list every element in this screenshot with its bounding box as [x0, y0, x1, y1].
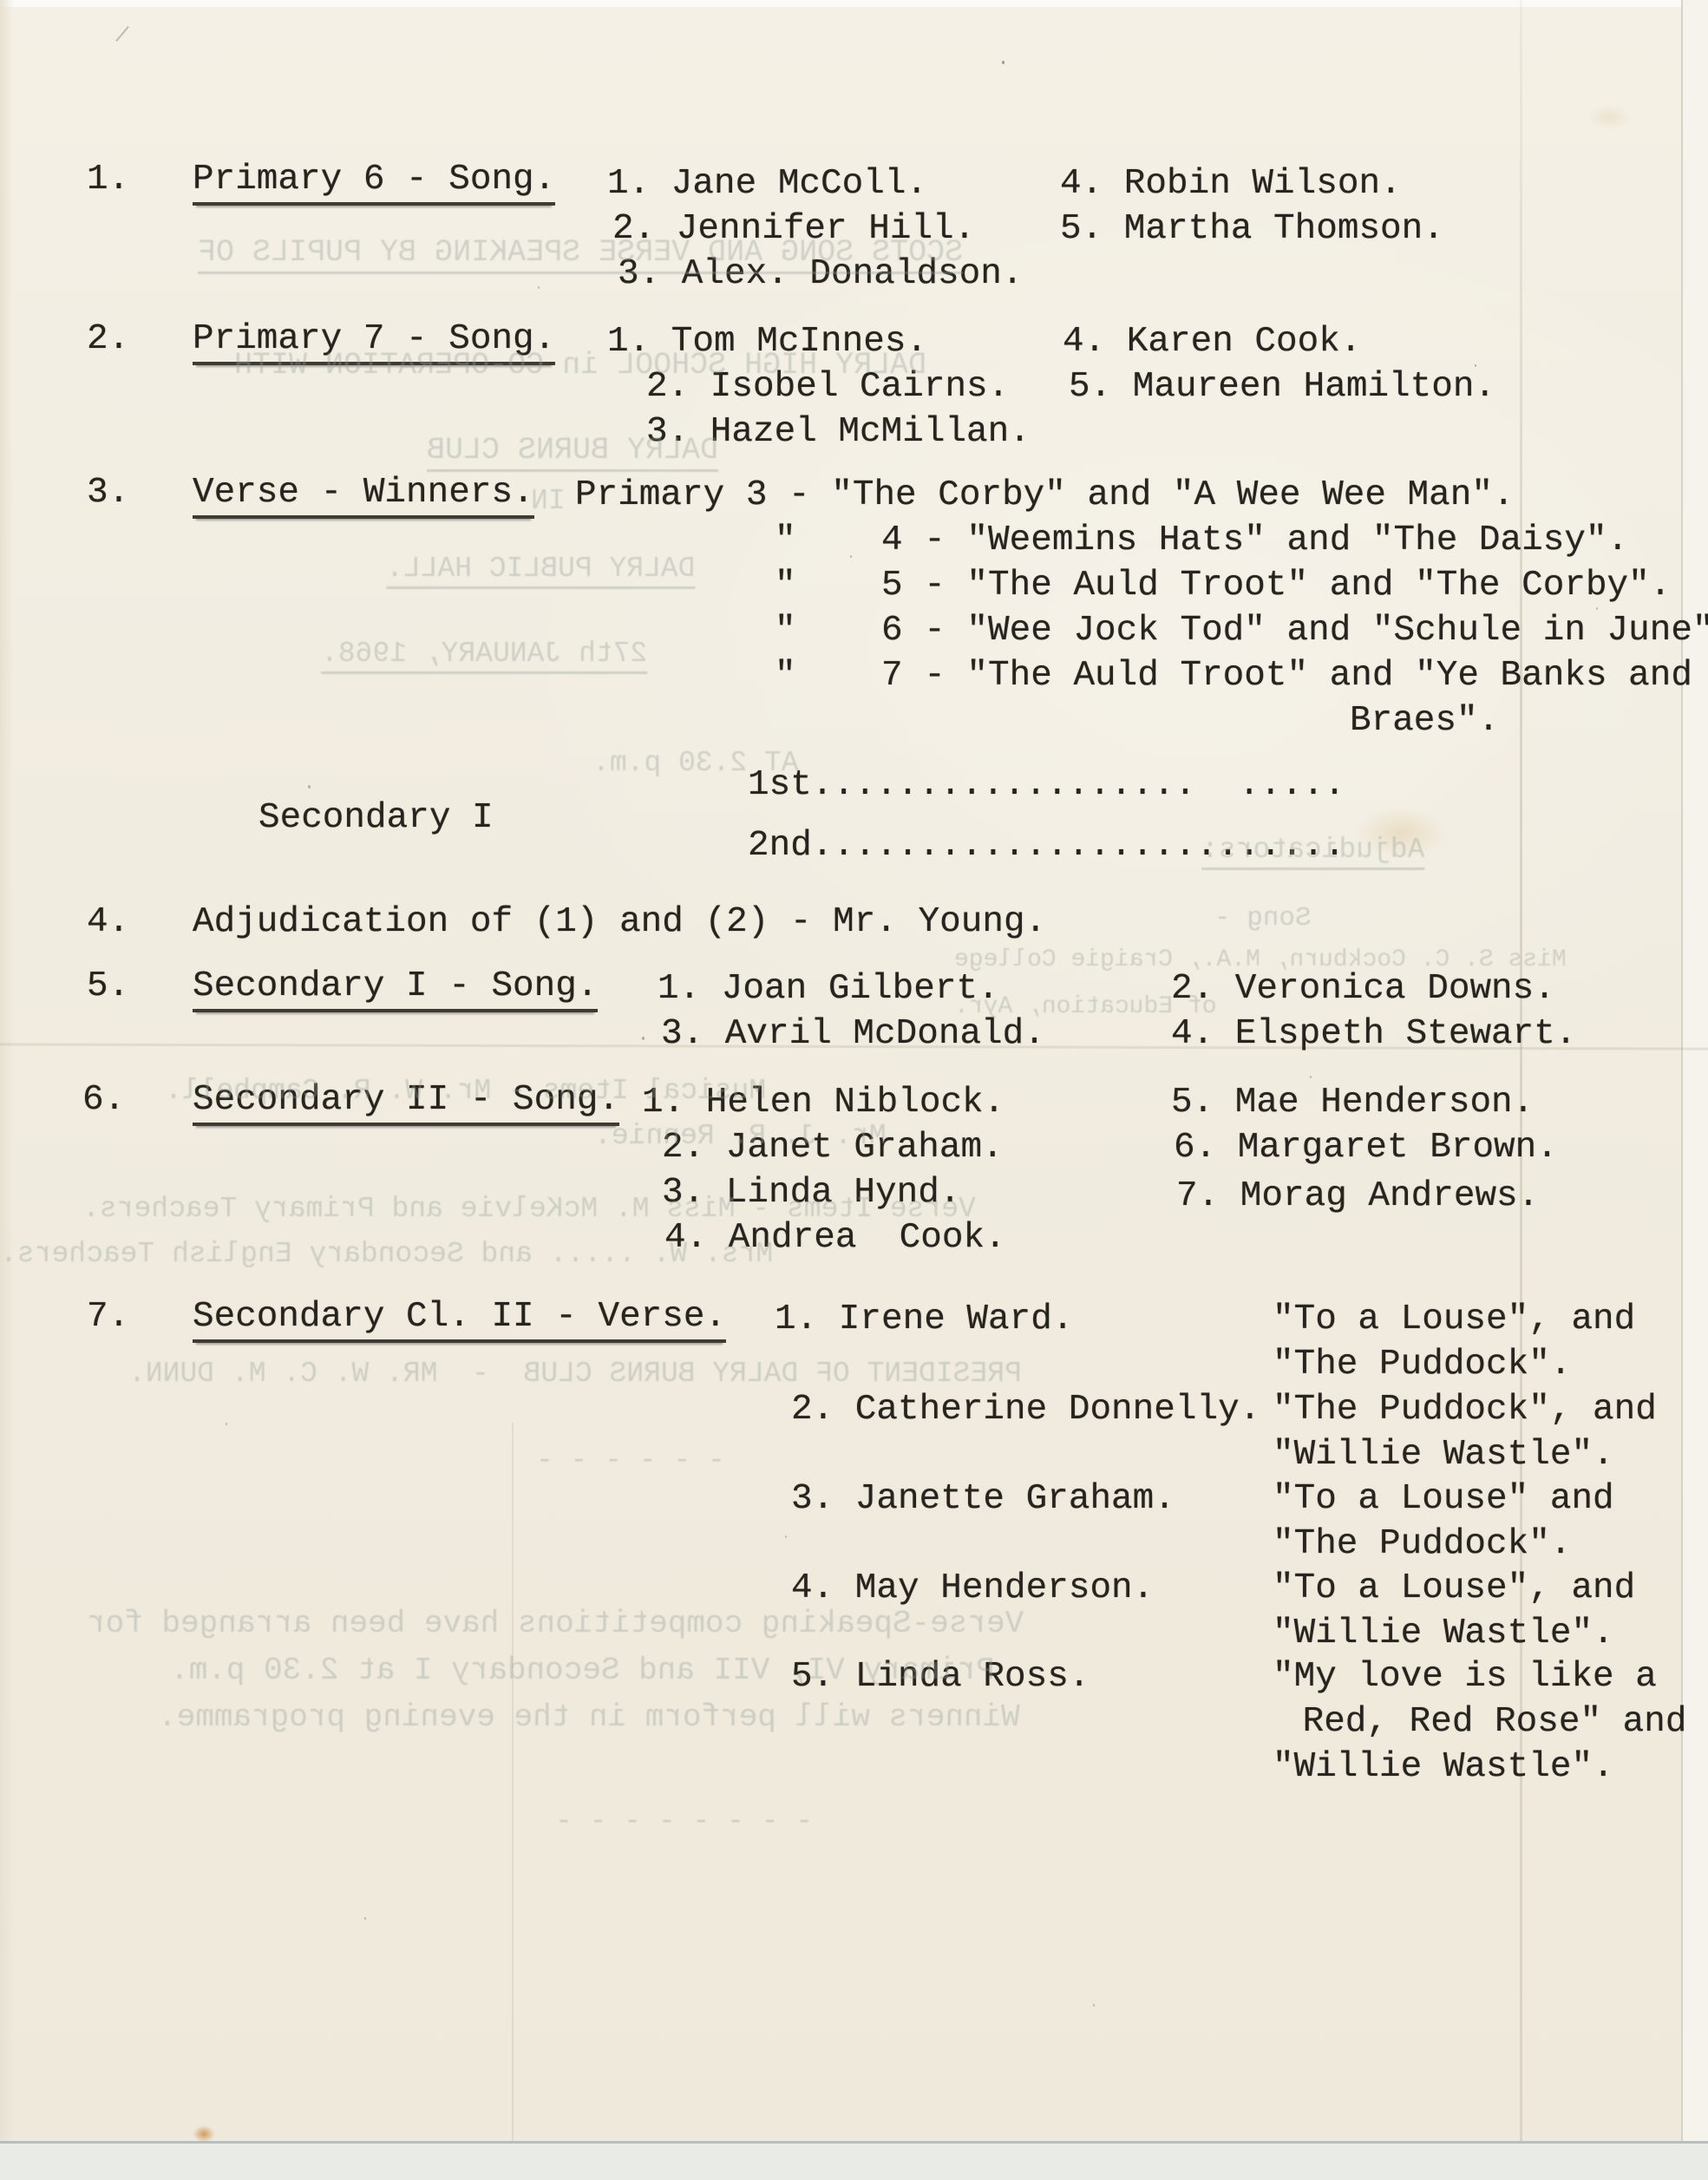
- competitor: 4. Elspeth Stewart.: [1171, 1014, 1576, 1055]
- piece-title: Red, Red Rose" and: [1281, 1702, 1686, 1743]
- competitor: 4. Robin Wilson.: [1060, 164, 1402, 205]
- paper-speck: [642, 1037, 645, 1040]
- competitor: 5. Maureen Hamilton.: [1069, 367, 1495, 408]
- paper-speck: [226, 1423, 227, 1425]
- section-title: Secondary I - Song.: [193, 966, 598, 1012]
- piece-title: "To a Louse", and: [1273, 1299, 1635, 1340]
- competitor: 5. Mae Henderson.: [1171, 1083, 1534, 1123]
- bleedthrough-line: - - - - - -: [536, 1445, 725, 1476]
- bleedthrough-line: Verse-Speaking competitions have been ar…: [87, 1607, 1024, 1641]
- bleedthrough-line: 27th JANUARY, 1968.: [321, 638, 647, 674]
- paper-speck: [538, 286, 540, 289]
- bleedthrough-line: PRESIDENT OF DALRY BURNS CLUB - MR. W. C…: [128, 1358, 1022, 1390]
- rust-spot-bottom-left: [193, 2125, 215, 2143]
- competitor: 2. Catherine Donnelly.: [791, 1390, 1260, 1430]
- paper-left-edge: [0, 0, 14, 2180]
- section-title: Secondary Cl. II - Verse.: [193, 1297, 726, 1343]
- section-title: Adjudication of (1) and (2) - Mr. Young.: [193, 902, 1046, 943]
- bleedthrough-line: Winners will perform in the evening prog…: [158, 1700, 1020, 1735]
- competitor: 6. Margaret Brown.: [1174, 1128, 1558, 1169]
- verse-line: Primary 3 - "The Corby" and "A Wee Wee M…: [575, 475, 1515, 516]
- bleedthrough-line: Adjudicators:: [1201, 835, 1424, 870]
- paper-speck: [1002, 61, 1005, 64]
- bleedthrough-line: Primary VI, VII and Secondary I at 2.30 …: [170, 1653, 995, 1688]
- competitor: 7. Morag Andrews.: [1176, 1176, 1539, 1217]
- piece-title: "To a Louse" and: [1273, 1479, 1614, 1520]
- paper-top-edge: [0, 0, 1708, 7]
- scanned-programme-page: 1. Primary 6 - Song. 1. Jane McColl. 4. …: [0, 0, 1708, 2180]
- bleedthrough-line: SCOTS SONG AND VERSE SPEAKING BY PUPILS …: [198, 236, 963, 274]
- bleedthrough-line: Mrs. W. ..... and Secondary English Teac…: [0, 1239, 773, 1270]
- piece-title: "Willie Wastle".: [1273, 1435, 1614, 1476]
- piece-title: "The Puddock".: [1273, 1345, 1571, 1385]
- bleedthrough-line: DALRY HIGH SCHOOL in CO-OPERATION WITH: [234, 349, 926, 383]
- bleedthrough-line: DALRY PUBLIC HALL.: [386, 553, 695, 589]
- competitor: 1. Joan Gilbert.: [658, 969, 999, 1010]
- verse-line-wrap: Braes".: [1350, 701, 1499, 742]
- vertical-crease-lower-center: [512, 1423, 514, 2180]
- item-number: 5.: [87, 966, 129, 1007]
- competitor: 5. Martha Thomson.: [1060, 209, 1444, 250]
- section-title: Verse - Winners.: [193, 473, 534, 519]
- paper-right-edge: [1681, 0, 1708, 2180]
- paper-speck: [1475, 364, 1476, 367]
- piece-title: "The Puddock", and: [1273, 1390, 1657, 1430]
- foxing-spot-top-right: [1587, 104, 1631, 130]
- paper-speck: [1310, 1076, 1312, 1078]
- paper-speck: [308, 785, 311, 789]
- paper-speck: [364, 1917, 366, 1920]
- item-number: 3.: [87, 473, 129, 514]
- item-number: 6.: [82, 1080, 125, 1121]
- item-number: 4.: [87, 902, 129, 943]
- paper-speck: [785, 1535, 787, 1538]
- piece-title: "Willie Wastle".: [1273, 1747, 1614, 1788]
- item-number: 7.: [87, 1297, 129, 1338]
- bleedthrough-line: Mr. J. R. Rennie.: [594, 1121, 887, 1152]
- competitor: 2. Veronica Downs.: [1171, 969, 1555, 1010]
- top-left-scratch: [115, 26, 129, 42]
- bleedthrough-line: DALRY BURNS CLUB: [427, 434, 718, 472]
- competitor: 1. Jane McColl.: [607, 164, 927, 205]
- placing-first-line: 1st.................. .....: [748, 765, 1345, 806]
- piece-title: "To a Louse", and: [1273, 1568, 1635, 1609]
- bleedthrough-line: Verse Items - Miss M. McKelvie and Prima…: [82, 1194, 976, 1225]
- competitor: 1. Irene Ward.: [775, 1299, 1073, 1340]
- bleedthrough-line: Musical Items - Mr. W. R. Campbell.: [165, 1076, 766, 1107]
- section-title: Primary 6 - Song.: [193, 160, 555, 206]
- bleedthrough-line: IN: [531, 486, 566, 517]
- paper-bottom-strip: [0, 2141, 1708, 2180]
- verse-line: " 5 - "The Auld Troot" and "The Corby".: [775, 566, 1671, 606]
- verse-line: " 4 - "Weemins Hats" and "The Daisy".: [775, 520, 1628, 561]
- bleedthrough-line: Miss S. C. Cockburn, M.A., Craigie Colle…: [954, 947, 1567, 974]
- subheading-secondary-1: Secondary I: [258, 798, 494, 839]
- item-number: 2.: [87, 319, 129, 360]
- competitor: 3. Janette Graham.: [791, 1479, 1175, 1520]
- bleedthrough-line: AT 2.30 p.m.: [592, 748, 799, 779]
- bleedthrough-line: Song -: [1214, 904, 1312, 933]
- paper-speck: [1596, 607, 1598, 610]
- verse-line: " 7 - "The Auld Troot" and "Ye Banks and: [775, 656, 1692, 697]
- paper-speck: [850, 555, 852, 558]
- bleedthrough-line: - - - - - - - -: [555, 1806, 813, 1837]
- piece-title: "My love is like a: [1273, 1657, 1657, 1698]
- verse-line: " 6 - "Wee Jock Tod" and "Schule in June…: [775, 611, 1708, 651]
- item-number: 1.: [87, 160, 129, 200]
- competitor: 4. May Henderson.: [791, 1568, 1154, 1609]
- competitor: 4. Karen Cook.: [1063, 322, 1361, 363]
- piece-title: "The Puddock".: [1273, 1524, 1571, 1565]
- bleedthrough-line: of Education, Ayr.: [954, 994, 1216, 1021]
- paper-speck: [1093, 2004, 1095, 2007]
- piece-title: "Willie Wastle".: [1273, 1614, 1614, 1654]
